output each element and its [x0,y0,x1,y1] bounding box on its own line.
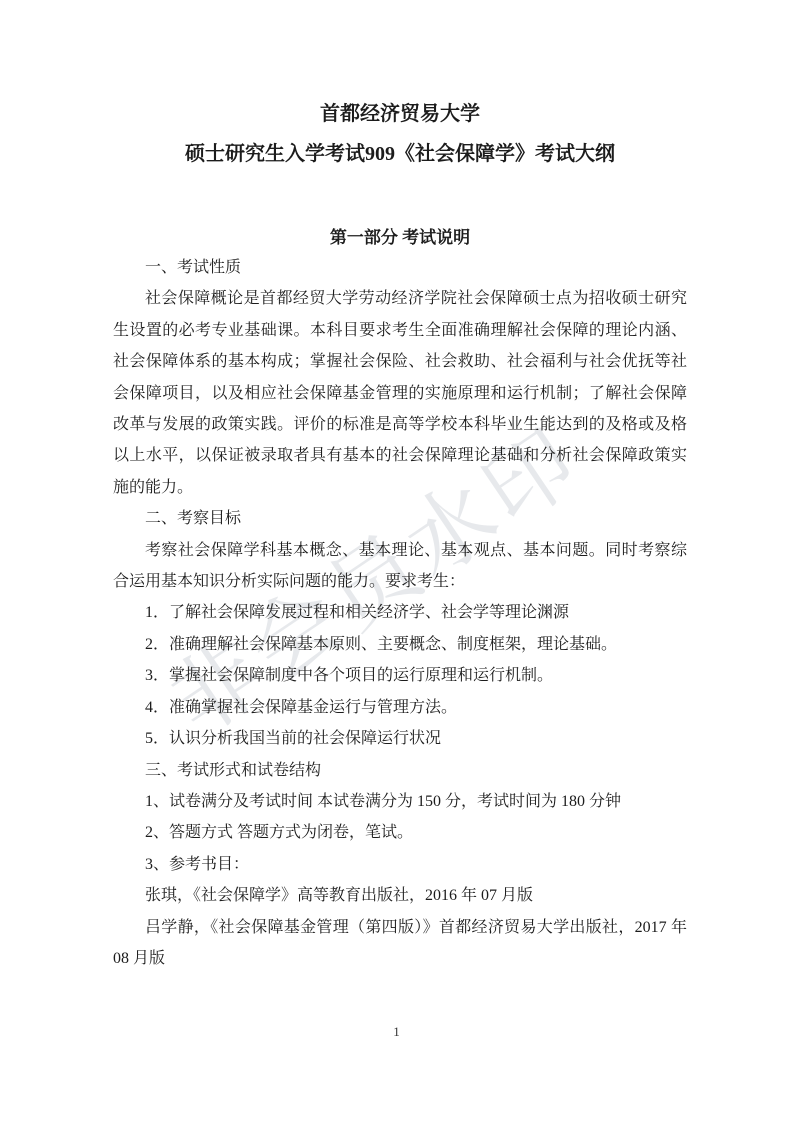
goal-list-item-2: 2．准确理解社会保障基本原则、主要概念、制度框架，理论基础。 [113,629,687,660]
subheading-exam-goals: 二、考察目标 [113,503,687,534]
format-item-score-time: 1、试卷满分及考试时间 本试卷满分为 150 分，考试时间为 180 分钟 [113,786,687,817]
document-page: 非会员水印 首都经济贸易大学 硕士研究生入学考试909《社会保障学》考试大纲 第… [0,0,793,1122]
goal-list-item-5: 5．认识分析我国当前的社会保障运行状况 [113,723,687,754]
subheading-exam-nature: 一、考试性质 [113,252,687,283]
body-text: 一、考试性质 社会保障概论是首都经贸大学劳动经济学院社会保障硕士点为招收硕士研究… [113,252,687,974]
format-item-references: 3、参考书目： [113,849,687,880]
page-number: 1 [0,1024,793,1040]
para-exam-nature: 社会保障概论是首都经贸大学劳动经济学院社会保障硕士点为招收硕士研究生设置的必考专… [113,283,687,503]
goal-list-item-4: 4．准确掌握社会保障基金运行与管理方法。 [113,692,687,723]
format-item-answer-mode: 2、答题方式 答题方式为闭卷，笔试。 [113,817,687,848]
goal-list-item-3: 3．掌握社会保障制度中各个项目的运行原理和运行机制。 [113,660,687,691]
para-exam-goals: 考察社会保障学科基本概念、基本理论、基本观点、基本问题。同时考察综合运用基本知识… [113,535,687,598]
reference-book-2: 吕学静，《社会保障基金管理（第四版）》首都经济贸易大学出版社，2017 年 08… [113,912,687,975]
goal-list-item-1: 1．了解社会保障发展过程和相关经济学、社会学等理论渊源 [113,597,687,628]
page-content: 首都经济贸易大学 硕士研究生入学考试909《社会保障学》考试大纲 第一部分 考试… [113,0,687,974]
doc-title: 首都经济贸易大学 [113,102,687,126]
section-heading-part1: 第一部分 考试说明 [113,227,687,249]
reference-book-1: 张琪，《社会保障学》高等教育出版社，2016 年 07 月版 [113,880,687,911]
doc-subtitle: 硕士研究生入学考试909《社会保障学》考试大纲 [113,141,687,167]
subheading-exam-format: 三、考试形式和试卷结构 [113,755,687,786]
